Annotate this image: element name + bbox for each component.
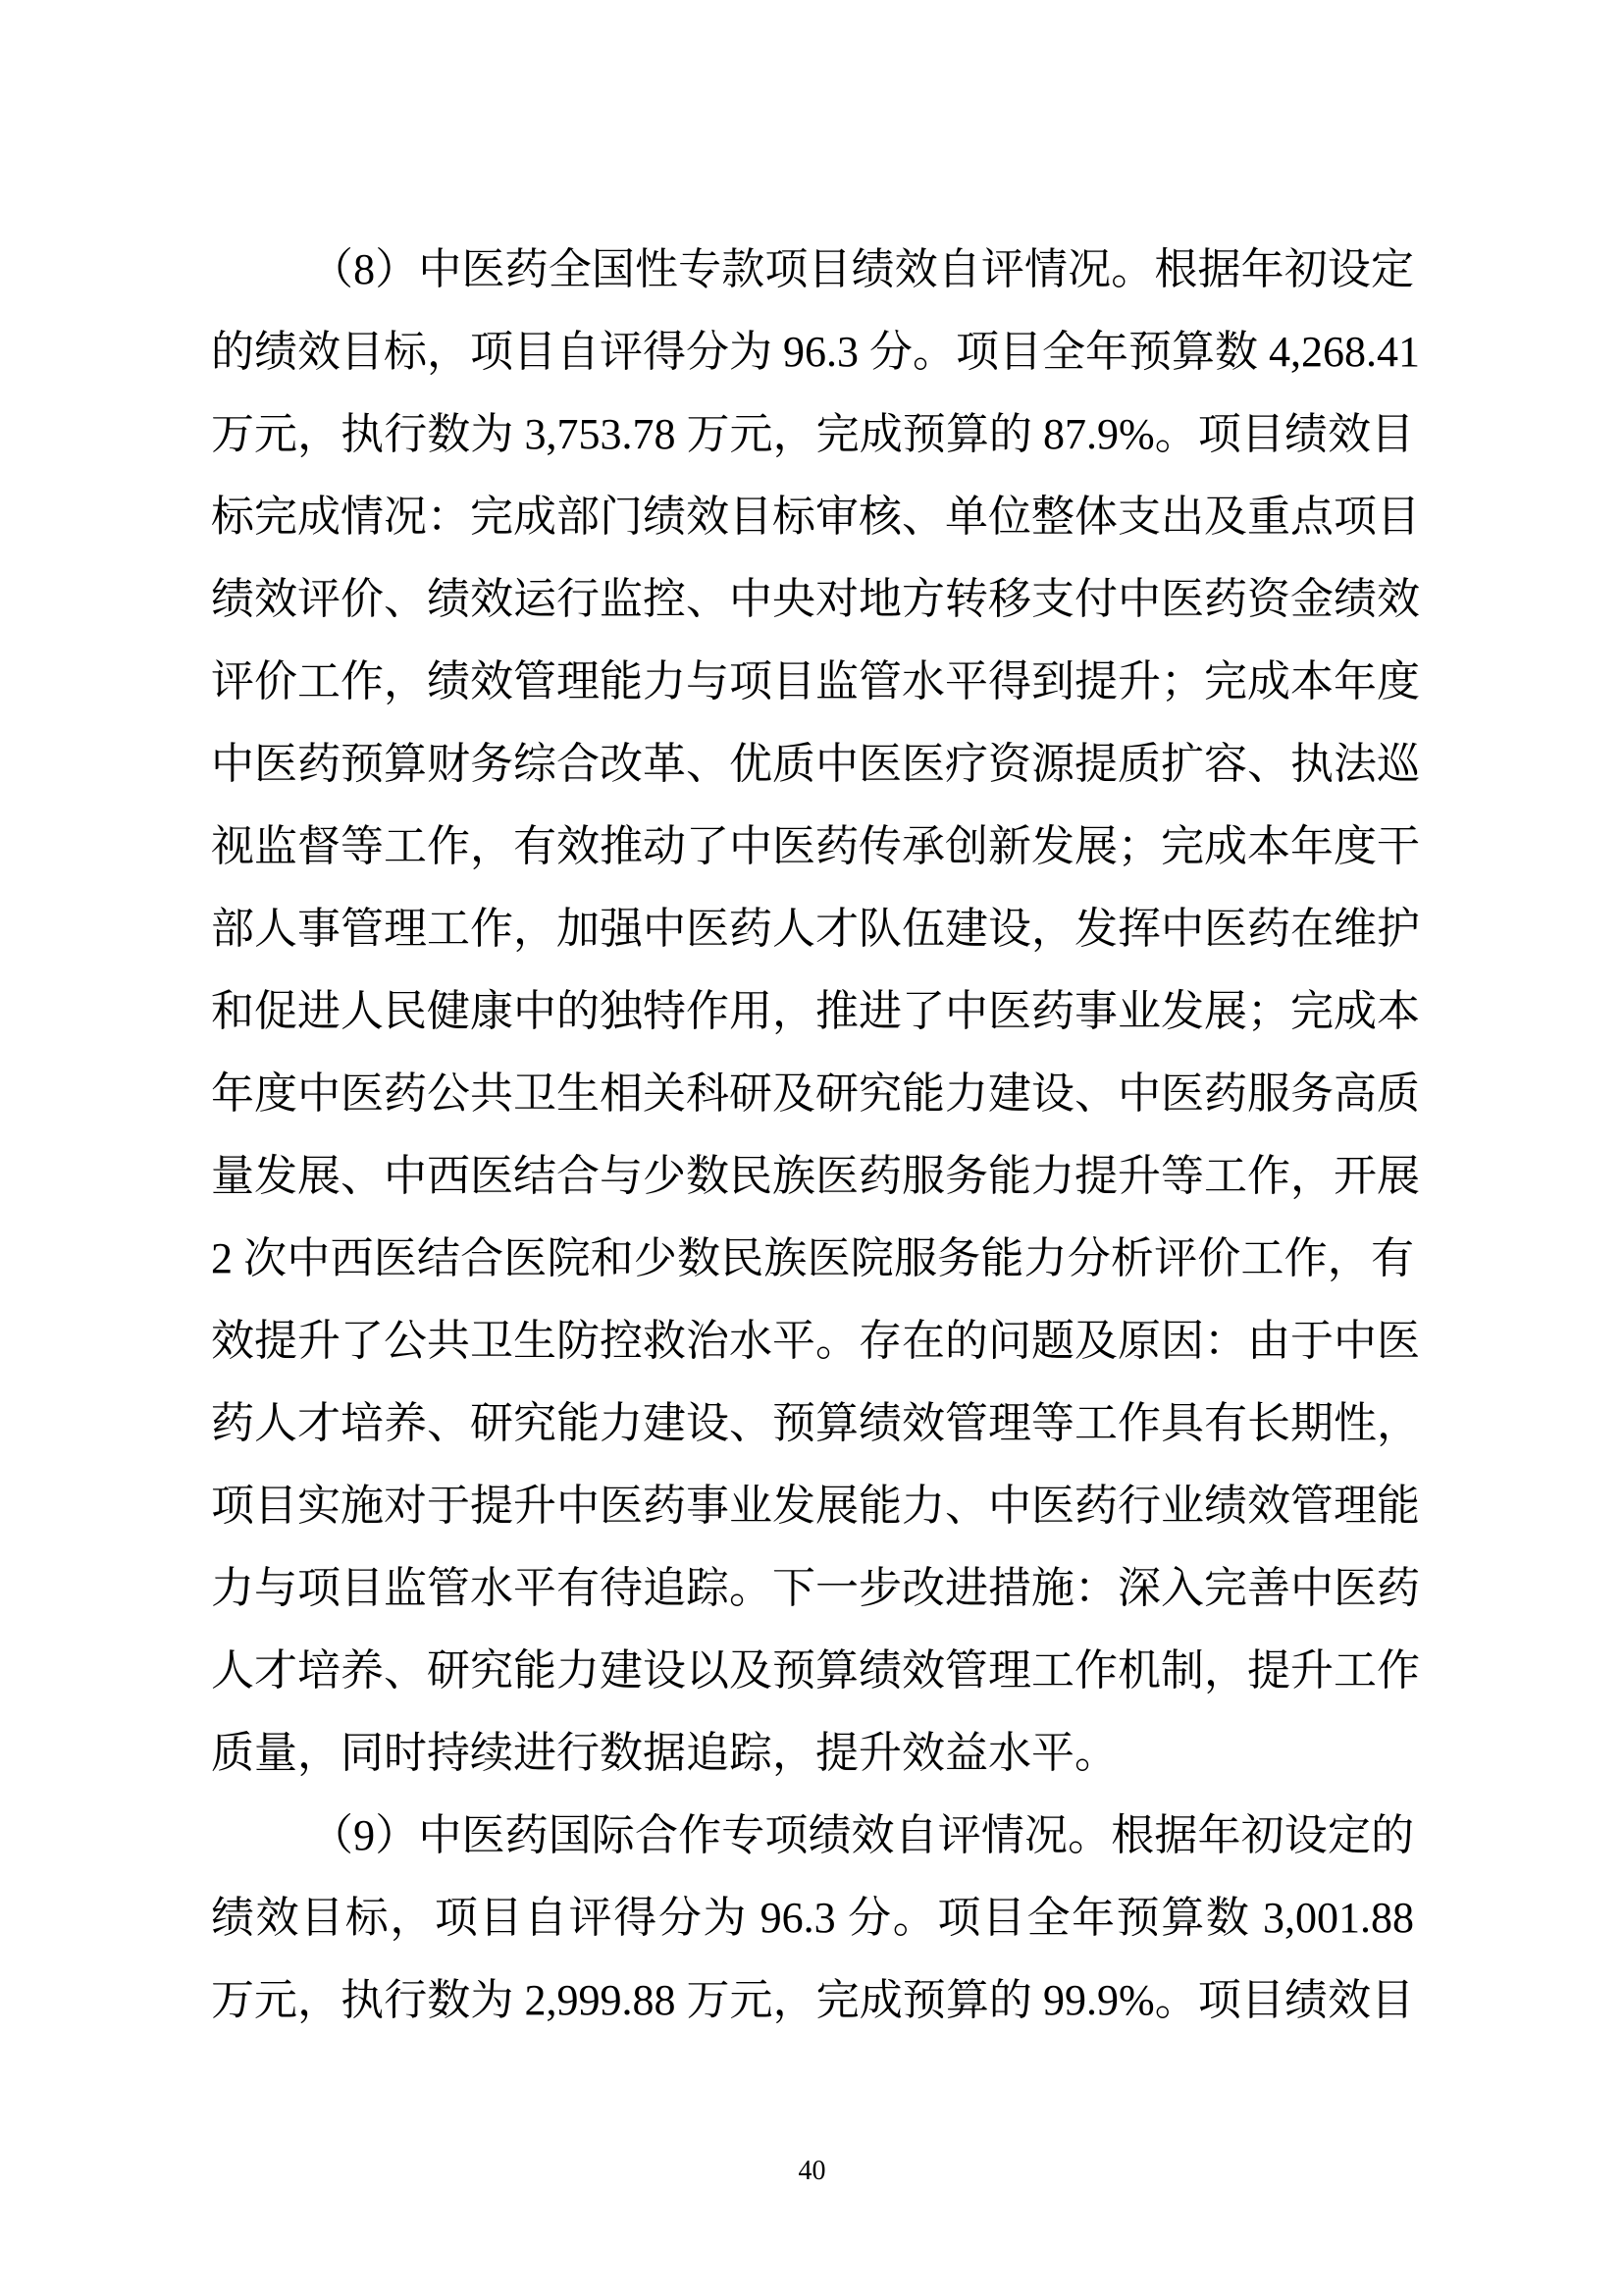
text-line: 绩效目标，项目自评得分为 96.3 分。项目全年预算数 3,001.88	[211, 1877, 1414, 1959]
text-line: （9）中医药国际合作专项绩效自评情况。根据年初设定的	[211, 1795, 1414, 1877]
text-line: 标完成情况：完成部门绩效目标审核、单位整体支出及重点项目	[211, 476, 1414, 558]
text-line: 中医药预算财务综合改革、优质中医医疗资源提质扩容、执法巡	[211, 723, 1414, 806]
text-line: 年度中医药公共卫生相关科研及研究能力建设、中医药服务高质	[211, 1053, 1414, 1135]
text-line: 的绩效目标，项目自评得分为 96.3 分。项目全年预算数 4,268.41	[211, 311, 1414, 393]
document-page: （8）中医药全国性专款项目绩效自评情况。根据年初设定的绩效目标，项目自评得分为 …	[0, 0, 1624, 2295]
text-line: 视监督等工作，有效推动了中医药传承创新发展；完成本年度干	[211, 806, 1414, 888]
text-line: 和促进人民健康中的独特作用，推进了中医药事业发展；完成本	[211, 970, 1414, 1053]
text-line: 2 次中西医结合医院和少数民族医院服务能力分析评价工作，有	[211, 1218, 1414, 1300]
text-line: 药人才培养、研究能力建设、预算绩效管理等工作具有长期性，	[211, 1382, 1414, 1465]
text-line: 项目实施对于提升中医药事业发展能力、中医药行业绩效管理能	[211, 1465, 1414, 1547]
text-line: （8）中医药全国性专款项目绩效自评情况。根据年初设定	[211, 229, 1414, 311]
text-line: 评价工作，绩效管理能力与项目监管水平得到提升；完成本年度	[211, 641, 1414, 723]
text-block: （8）中医药全国性专款项目绩效自评情况。根据年初设定的绩效目标，项目自评得分为 …	[211, 229, 1414, 2042]
text-line: 质量，同时持续进行数据追踪，提升效益水平。	[211, 1712, 1414, 1795]
text-line: 部人事管理工作，加强中医药人才队伍建设，发挥中医药在维护	[211, 888, 1414, 970]
text-line: 绩效评价、绩效运行监控、中央对地方转移支付中医药资金绩效	[211, 558, 1414, 641]
text-line: 力与项目监管水平有待追踪。下一步改进措施：深入完善中医药	[211, 1547, 1414, 1630]
text-line: 人才培养、研究能力建设以及预算绩效管理工作机制，提升工作	[211, 1630, 1414, 1712]
text-line: 量发展、中西医结合与少数民族医药服务能力提升等工作，开展	[211, 1135, 1414, 1218]
text-line: 万元，执行数为 3,753.78 万元，完成预算的 87.9%。项目绩效目	[211, 393, 1414, 476]
text-line: 万元，执行数为 2,999.88 万元，完成预算的 99.9%。项目绩效目	[211, 1959, 1414, 2042]
text-line: 效提升了公共卫生防控救治水平。存在的问题及原因：由于中医	[211, 1300, 1414, 1382]
page-number: 40	[0, 2155, 1624, 2188]
